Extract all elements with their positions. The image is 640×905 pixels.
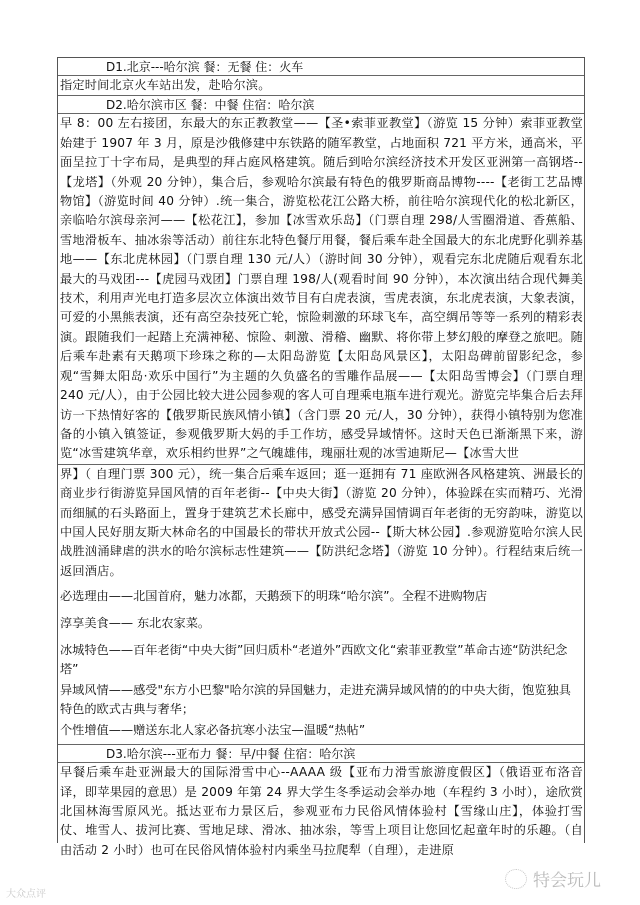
day3-header: D3.哈尔滨---亚布力 餐：早/中餐 住宿：哈尔滨 bbox=[58, 745, 584, 763]
day3-body: 早餐后乘车赴亚洲最大的国际滑雪中心--AAAA 级【亚布力滑雪旅游度假区】（俄语… bbox=[58, 763, 584, 843]
highlight-exotic: 异域风情——感受"东方小巴黎"哈尔滨的异国魅力，走进充满异域风情的的中央大街，饱… bbox=[60, 681, 582, 719]
highlight-bonus: 个性增值——赠送东北人家必备抗寒小法宝—温暖“热帖” bbox=[60, 721, 582, 740]
day2-highlights: 必选理由——北国首府，魅力冰都，天鹅颈下的明珠“哈尔滨”。全程不进购物店 淳享美… bbox=[58, 581, 584, 744]
highlight-reason: 必选理由——北国首府，魅力冰都，天鹅颈下的明珠“哈尔滨”。全程不进购物店 bbox=[60, 587, 582, 606]
day2-body-part2: 界】（ 自理门票 300 元），统一集合后乘车返回；逛一逛拥有 71 座欧洲各风… bbox=[58, 465, 584, 581]
watermark-left-text: 大众点评 bbox=[6, 889, 46, 900]
day2-body-part2-block: 界】（ 自理门票 300 元），统一集合后乘车返回；逛一逛拥有 71 座欧洲各风… bbox=[58, 465, 584, 745]
wechat-icon bbox=[505, 869, 527, 889]
day2-header: D2.哈尔滨市区 餐：中餐 住宿：哈尔滨 bbox=[58, 96, 584, 114]
highlight-food: 淳享美食—— 东北农家菜。 bbox=[60, 614, 582, 633]
watermark-right-text: 特会玩儿 bbox=[533, 866, 601, 891]
day2-body-part1: 早 8：00 左右接团，东最大的东正教教堂——【圣•索菲亚教堂】（游览 15 分… bbox=[58, 114, 584, 464]
day1-body: 指定时间北京火车站出发，赴哈尔滨。 bbox=[58, 76, 584, 96]
watermark-left: 大众点评 bbox=[6, 885, 46, 900]
watermark-right: 特会玩儿 bbox=[505, 866, 601, 891]
day1-header: D1.北京---哈尔滨 餐：无餐 住：火车 bbox=[58, 58, 584, 76]
highlight-city-features: 冰城特色——百年老街“中央大街”回归质朴“老道外”西欧文化“索菲亚教堂”革命古迹… bbox=[60, 641, 582, 679]
itinerary-table: D1.北京---哈尔滨 餐：无餐 住：火车 指定时间北京火车站出发，赴哈尔滨。 … bbox=[57, 57, 585, 843]
